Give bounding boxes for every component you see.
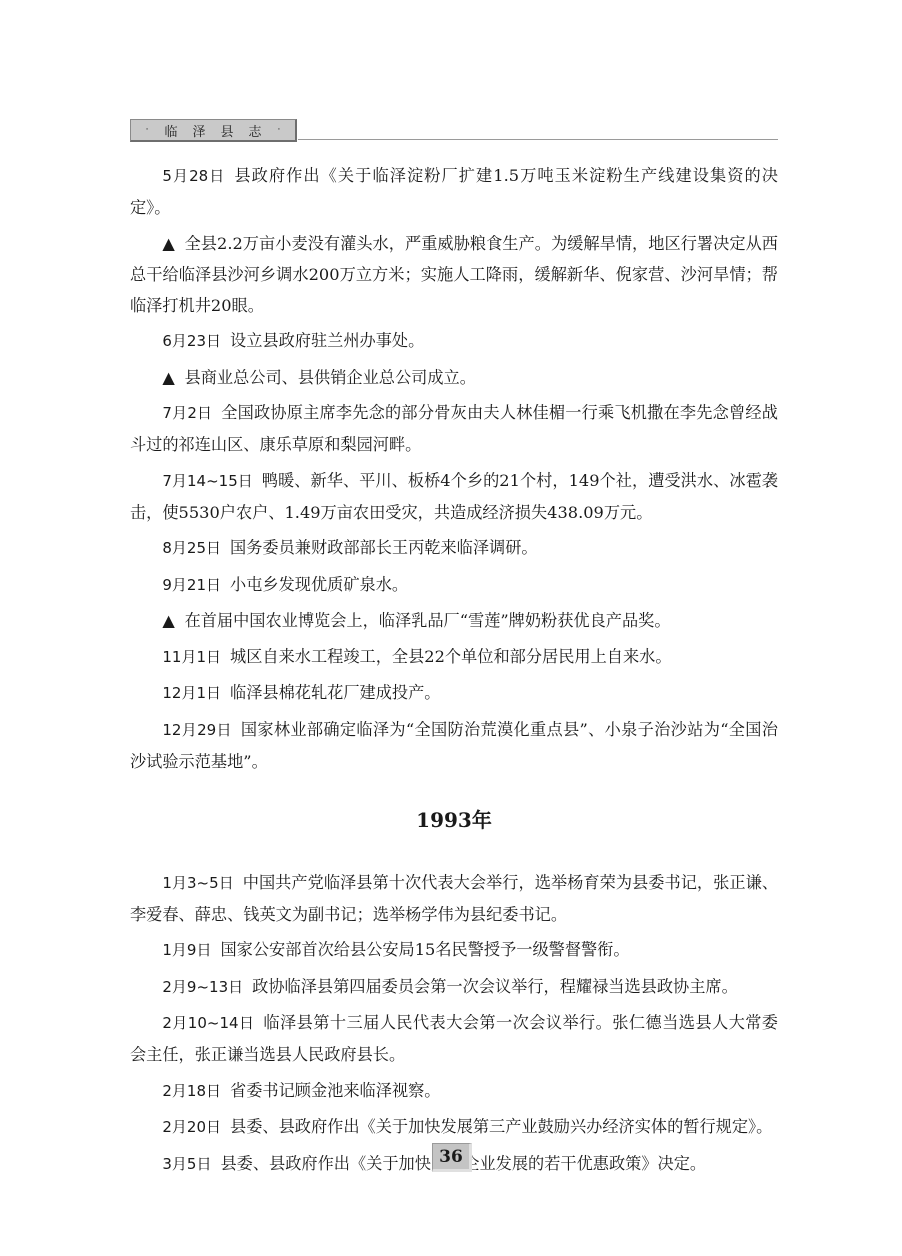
entry: 2月9~13日政协临泽县第四届委员会第一次会议举行，程耀禄当选县政协主席。: [130, 971, 778, 1003]
entry: 1月3~5日中国共产党临泽县第十次代表大会举行，选举杨育荣为县委书记，张正谦、李…: [130, 867, 778, 930]
entry-text: 县政府作出《关于临泽淀粉厂扩建1.5万吨玉米淀粉生产线建设集资的决定》。: [130, 166, 778, 217]
entry-date: 2月18日: [162, 1082, 221, 1100]
entry-date: 12月1日: [162, 684, 221, 702]
header-char: 县: [221, 121, 234, 140]
entry-text: 县商业总公司、县供销企业总公司成立。: [185, 368, 476, 387]
entry: ▲在首届中国农业博览会上，临泽乳品厂“雪莲”牌奶粉获优良产品奖。: [130, 605, 778, 636]
header-dot-right: ·: [278, 125, 281, 135]
entry-date: 6月23日: [162, 332, 221, 350]
entry: 9月21日小屯乡发现优质矿泉水。: [130, 569, 778, 601]
entry-date: 2月10~14日: [162, 1014, 254, 1032]
entry: 6月23日设立县政府驻兰州办事处。: [130, 325, 778, 357]
entry-date: 7月2日: [162, 404, 212, 422]
entry-text: 临泽县棉花轧花厂建成投产。: [230, 683, 440, 702]
triangle-marker-icon: ▲: [162, 368, 174, 387]
entry-text: 国家公安部首次给县公安局15名民警授予一级警督警衔。: [220, 940, 629, 959]
page-content: 5月28日县政府作出《关于临泽淀粉厂扩建1.5万吨玉米淀粉生产线建设集资的决定》…: [130, 160, 778, 1184]
entry: 2月20日县委、县政府作出《关于加快发展第三产业鼓励兴办经济实体的暂行规定》。: [130, 1111, 778, 1143]
entry: ▲县商业总公司、县供销企业总公司成立。: [130, 362, 778, 393]
entry: 7月14~15日鸭暖、新华、平川、板桥4个乡的21个村，149个社，遭受洪水、冰…: [130, 465, 778, 528]
entry: 1月9日国家公安部首次给县公安局15名民警授予一级警督警衔。: [130, 934, 778, 966]
entry-text: 省委书记顾金池来临泽视察。: [230, 1081, 440, 1100]
entry-date: 5月28日: [162, 167, 225, 185]
entry: ▲全县2.2万亩小麦没有灌头水，严重威胁粮食生产。为缓解旱情，地区行署决定从西总…: [130, 228, 778, 321]
header-dot-left: ·: [146, 125, 149, 135]
entry-date: 7月14~15日: [162, 472, 252, 490]
entry-text: 小屯乡发现优质矿泉水。: [230, 575, 408, 594]
entry-date: 12月29日: [162, 721, 231, 739]
entry-date: 2月9~13日: [162, 978, 243, 996]
entry-text: 全国政协原主席李先念的部分骨灰由夫人林佳楣一行乘飞机撒在李先念曾经战斗过的祁连山…: [130, 403, 778, 454]
running-header: · 临 泽 县 志 ·: [130, 119, 778, 143]
entry-date: 3月5日: [162, 1155, 211, 1173]
page-number: 36: [432, 1143, 472, 1172]
entry-text: 县委、县政府作出《关于加快发展第三产业鼓励兴办经济实体的暂行规定》。: [230, 1117, 772, 1136]
entry-date: 1月9日: [162, 941, 211, 959]
header-char: 志: [249, 121, 262, 140]
entry-text: 设立县政府驻兰州办事处。: [230, 331, 424, 350]
entry-date: 1月3~5日: [162, 874, 233, 892]
entry-date: 2月20日: [162, 1118, 221, 1136]
triangle-marker-icon: ▲: [162, 611, 174, 630]
entry: 2月18日省委书记顾金池来临泽视察。: [130, 1075, 778, 1107]
entry-text: 城区自来水工程竣工，全县22个单位和部分居民用上自来水。: [230, 647, 671, 666]
entry: 12月29日国家林业部确定临泽为“全国防治荒漠化重点县”、小泉子治沙站为“全国治…: [130, 714, 778, 777]
entry-text: 政协临泽县第四届委员会第一次会议举行，程耀禄当选县政协主席。: [252, 977, 738, 996]
entry: 7月2日全国政协原主席李先念的部分骨灰由夫人林佳楣一行乘飞机撒在李先念曾经战斗过…: [130, 397, 778, 460]
entry-text: 在首届中国农业博览会上，临泽乳品厂“雪莲”牌奶粉获优良产品奖。: [185, 611, 671, 630]
entry-date: 8月25日: [162, 539, 221, 557]
year-heading: 1993年: [130, 807, 778, 833]
entry: 5月28日县政府作出《关于临泽淀粉厂扩建1.5万吨玉米淀粉生产线建设集资的决定》…: [130, 160, 778, 223]
header-char: 临: [164, 121, 177, 140]
header-rule: [298, 139, 778, 140]
entry: 2月10~14日临泽县第十三届人民代表大会第一次会议举行。张仁德当选县人大常委会…: [130, 1007, 778, 1070]
header-char: 泽: [192, 121, 205, 140]
entry: 11月1日城区自来水工程竣工，全县22个单位和部分居民用上自来水。: [130, 641, 778, 673]
entry-date: 11月1日: [162, 648, 221, 666]
entry: 12月1日临泽县棉花轧花厂建成投产。: [130, 677, 778, 709]
entry-date: 9月21日: [162, 576, 221, 594]
entry-text: 国务委员兼财政部部长王丙乾来临泽调研。: [230, 538, 538, 557]
entry: 8月25日国务委员兼财政部部长王丙乾来临泽调研。: [130, 532, 778, 564]
book-title-tab: · 临 泽 县 志 ·: [130, 119, 297, 142]
triangle-marker-icon: ▲: [162, 234, 174, 253]
entry-text: 全县2.2万亩小麦没有灌头水，严重威胁粮食生产。为缓解旱情，地区行署决定从西总干…: [130, 234, 778, 315]
